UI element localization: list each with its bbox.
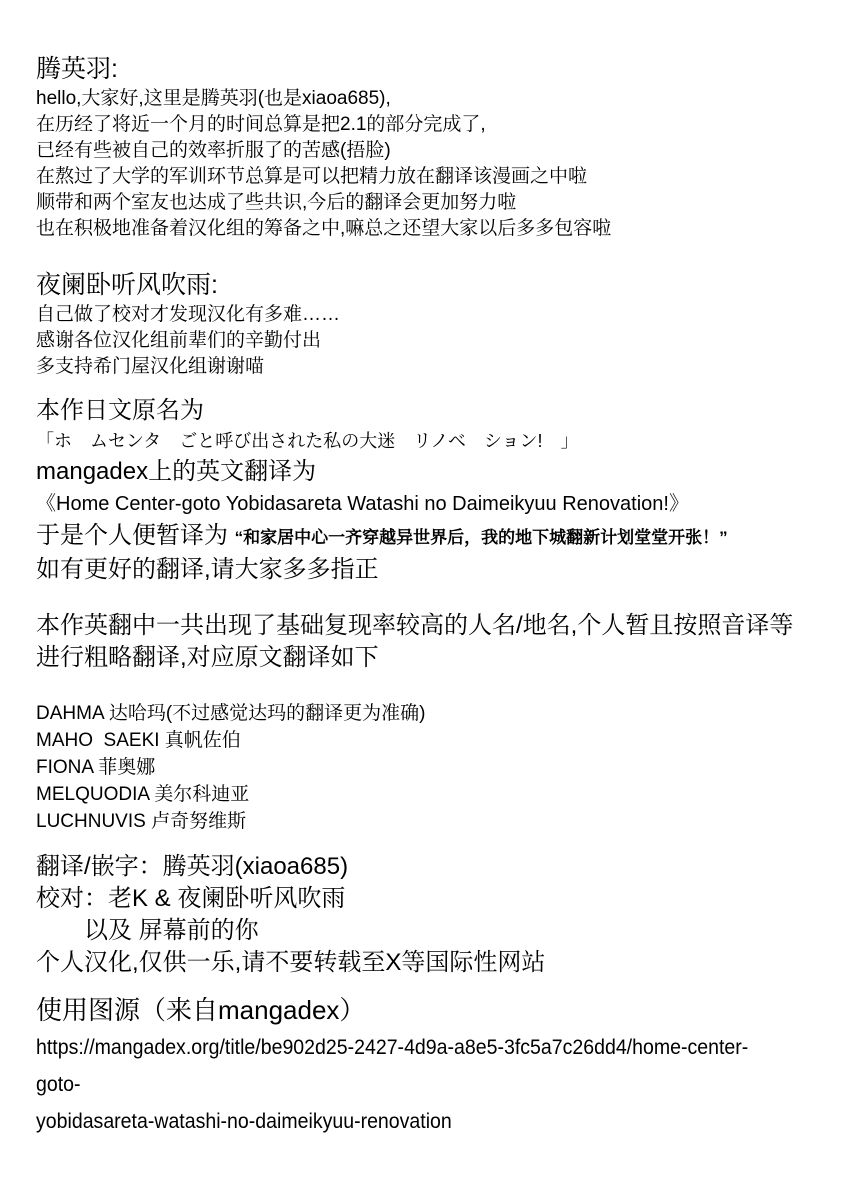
names-intro-line: 本作英翻中一共出现了基础复现率较高的人名/地名,个人暂且按照音译等 <box>36 610 820 642</box>
en-title-text: 《Home Center-goto Yobidasareta Watashi n… <box>36 488 820 520</box>
cn-title-label: 于是个人便暂译为 <box>36 522 235 549</box>
note1-line: 已经有些被自己的效率折服了的苦感(捂脸) <box>36 138 820 164</box>
cn-title-text: “和家居中心一齐穿越异世界后，我的地下城翻新计划堂堂开张！” <box>235 528 728 547</box>
note1-line: 也在积极地准备着汉化组的筹备之中,嘛总之还望大家以后多多包容啦 <box>36 216 820 242</box>
cn-title-line: 于是个人便暂译为 “和家居中心一齐穿越异世界后，我的地下城翻新计划堂堂开张！” <box>36 520 820 554</box>
section-credits: 翻译/嵌字：腾英羽(xiaoa685) 校对：老K & 夜阑卧听风吹雨 以及 屏… <box>36 851 820 979</box>
note1-line: 顺带和两个室友也达成了些共识,今后的翻译会更加努力啦 <box>36 190 820 216</box>
credit-proofreader: 校对：老K & 夜阑卧听风吹雨 <box>36 883 820 915</box>
source-heading: 使用图源（来自mangadex） <box>36 991 820 1029</box>
section-note-yelan: 夜阑卧听风吹雨: 自己做了校对才发现汉化有多难…… 感谢各位汉化组前辈们的辛勤付… <box>36 268 820 380</box>
source-url-line2: yobidasareta-watashi-no-daimeikyuu-renov… <box>36 1103 765 1140</box>
jp-title-text: 「ホ ムセンタ ごと呼び出された私の大迷 リノベ ション! 」 <box>36 426 820 456</box>
note1-line: hello,大家好,这里是腾英羽(也是xiaoa685), <box>36 86 820 112</box>
note1-line: 在历经了将近一个月的时间总算是把2.1的部分完成了, <box>36 112 820 138</box>
feedback-line: 如有更好的翻译,请大家多多指正 <box>36 554 820 586</box>
source-url-line1: https://mangadex.org/title/be902d25-2427… <box>36 1029 765 1103</box>
name-entry: MELQUODIA 美尔科迪亚 <box>36 781 820 808</box>
jp-title-label: 本作日文原名为 <box>36 396 820 426</box>
name-entry: DAHMA 达哈玛(不过感觉达玛的翻译更为准确) <box>36 700 820 727</box>
section-title-translations: 本作日文原名为 「ホ ムセンタ ごと呼び出された私の大迷 リノベ ション! 」 … <box>36 396 820 586</box>
credit-disclaimer: 个人汉化,仅供一乐,请不要转载至X等国际性网站 <box>36 947 820 979</box>
section-note-tengyingyu: 腾英羽: hello,大家好,这里是腾英羽(也是xiaoa685), 在历经了将… <box>36 52 820 242</box>
name-entry: MAHO SAEKI 真帆佐伯 <box>36 727 820 754</box>
note1-heading: 腾英羽: <box>36 52 820 86</box>
translator-notes-page: 腾英羽: hello,大家好,这里是腾英羽(也是xiaoa685), 在历经了将… <box>0 0 844 1200</box>
note2-line: 自己做了校对才发现汉化有多难…… <box>36 302 820 328</box>
en-title-label: mangadex上的英文翻译为 <box>36 456 820 488</box>
note1-line: 在熬过了大学的军训环节总算是可以把精力放在翻译该漫画之中啦 <box>36 164 820 190</box>
credit-proofreader-extra: 以及 屏幕前的你 <box>36 915 820 947</box>
section-source: 使用图源（来自mangadex） https://mangadex.org/ti… <box>36 991 820 1140</box>
names-intro-line: 进行粗略翻译,对应原文翻译如下 <box>36 642 820 674</box>
note2-heading: 夜阑卧听风吹雨: <box>36 268 820 302</box>
credit-translator: 翻译/嵌字：腾英羽(xiaoa685) <box>36 851 820 883</box>
section-name-list: DAHMA 达哈玛(不过感觉达玛的翻译更为准确) MAHO SAEKI 真帆佐伯… <box>36 700 820 835</box>
page-content: 腾英羽: hello,大家好,这里是腾英羽(也是xiaoa685), 在历经了将… <box>36 52 820 1140</box>
name-entry: LUCHNUVIS 卢奇努维斯 <box>36 808 820 835</box>
note2-line: 感谢各位汉化组前辈们的辛勤付出 <box>36 328 820 354</box>
section-names-intro: 本作英翻中一共出现了基础复现率较高的人名/地名,个人暂且按照音译等 进行粗略翻译… <box>36 610 820 674</box>
note2-line: 多支持希门屋汉化组谢谢喵 <box>36 354 820 380</box>
name-entry: FIONA 菲奥娜 <box>36 754 820 781</box>
